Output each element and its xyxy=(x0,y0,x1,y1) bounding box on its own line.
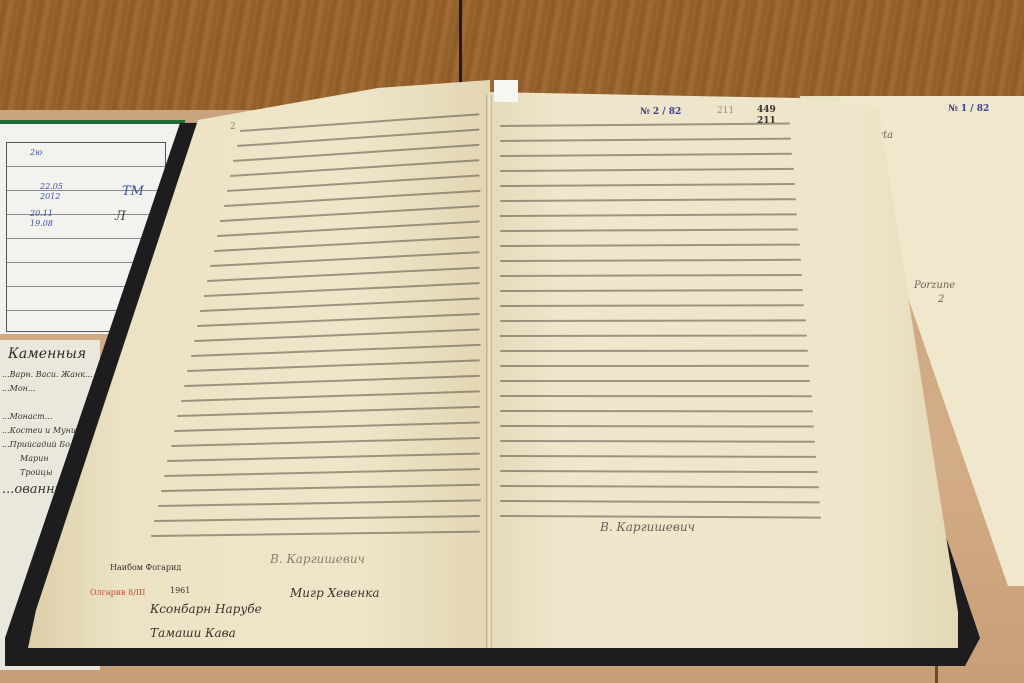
document-line: ...Мон... xyxy=(2,384,36,393)
stamp-date: 1961 xyxy=(170,586,190,595)
form-entry: 19.08 xyxy=(30,219,53,228)
form-entry: 2012 xyxy=(40,192,60,201)
stamp-line: Наибом Фогарид xyxy=(110,563,181,572)
right-page-stamp: № 2 / 82 xyxy=(640,107,681,117)
document-line: ...Монаст... xyxy=(2,412,52,421)
document-line: ...Прийсадий Бо... xyxy=(2,440,78,449)
handwritten-line xyxy=(500,350,808,352)
page-number: 211 xyxy=(717,106,734,116)
handwritten-line xyxy=(500,335,807,337)
margin-note: 2 xyxy=(938,294,944,305)
document-line: Марин xyxy=(20,454,49,463)
document-line: Тройцы xyxy=(20,468,53,477)
document-line: ...Варн. Васи. Жанк... xyxy=(2,370,93,379)
page-mark: 2 xyxy=(230,122,236,132)
right-book-stamp: № 1 / 82 xyxy=(948,104,989,114)
form-entry: 22.05 xyxy=(40,182,63,191)
signature: Ксонбарн Нарубе xyxy=(150,602,262,616)
signature: В. Каргишевич xyxy=(600,520,695,534)
handwritten-line xyxy=(500,365,809,367)
form-initials: Л xyxy=(115,209,126,224)
signature: Мигр Хевенка xyxy=(290,586,380,600)
signature: В. Каргишевич xyxy=(270,552,365,566)
paper-tab xyxy=(494,80,518,102)
handwritten-line xyxy=(500,410,813,412)
signature: Тамаши Кава xyxy=(150,626,236,640)
form-initials: ТМ xyxy=(122,184,144,199)
handwritten-line xyxy=(500,380,810,382)
page-number: 211 xyxy=(757,116,776,126)
right-page xyxy=(488,92,958,648)
form-entry: 2ю xyxy=(30,148,42,157)
margin-note: Porzune xyxy=(914,280,955,291)
form-entry: 20.11 xyxy=(30,209,53,218)
red-stamp: Олгарив 8/III xyxy=(90,588,145,597)
document-title: Каменныя xyxy=(8,346,86,362)
book-gutter xyxy=(486,95,492,648)
page-number: 449 xyxy=(757,105,776,115)
handwritten-line xyxy=(500,395,812,397)
